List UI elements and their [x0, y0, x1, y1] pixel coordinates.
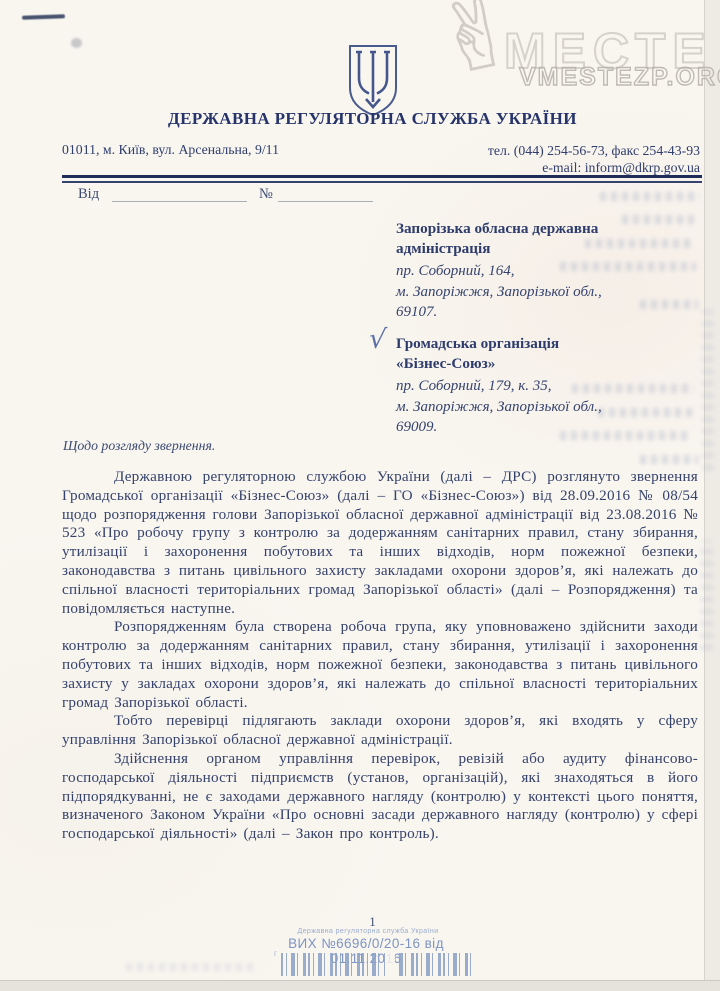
recipient-address: м. Запоріжжя, Запорізької обл.,: [396, 282, 696, 303]
barcode-gap: [385, 953, 395, 976]
body-paragraph: Державною регуляторною службою України (…: [62, 468, 698, 618]
bleedthrough-artifact: [700, 540, 713, 650]
bleedthrough-artifact: [560, 431, 690, 440]
barcode-corner-mark: г: [274, 949, 277, 958]
barcode: г: [281, 953, 471, 976]
agency-email: e-mail: inform@dkrp.gov.ua: [488, 159, 700, 176]
agency-phone-fax: тел. (044) 254-56-73, факс 254-43-93: [488, 142, 700, 159]
ref-number-label: №: [259, 186, 273, 203]
body-paragraph: Розпорядженням була створена робоча груп…: [62, 618, 698, 712]
watermark-site-url: VMESTEZP.ORG: [519, 63, 720, 92]
scan-edge-bottom: [0, 980, 720, 991]
body-paragraph: Тобто перевірці підлягають заклади охоро…: [62, 712, 698, 750]
pen-mark-artifact: [22, 14, 65, 19]
bleedthrough-artifact: [640, 455, 698, 464]
letter-body: Державною регуляторною службою України (…: [62, 468, 698, 844]
recipient-name: Громадська організація: [396, 334, 696, 354]
bleedthrough-artifact: [585, 239, 693, 248]
subject-line: Щодо розгляду звернення.: [63, 438, 215, 454]
bleedthrough-artifact: [126, 963, 258, 971]
body-paragraph: Здійснення органом управління перевірок,…: [62, 750, 698, 844]
bleedthrough-artifact: [622, 215, 694, 224]
ref-from-label: Від: [78, 186, 99, 203]
agency-contacts: тел. (044) 254-56-73, факс 254-43-93 e-m…: [488, 142, 700, 176]
ref-date-blank-line: [112, 201, 247, 202]
bleedthrough-artifact: [640, 300, 698, 309]
checkmark-icon: √: [367, 323, 387, 356]
ref-number-blank-line: [278, 201, 373, 202]
bleedthrough-artifact: [702, 310, 714, 470]
agency-postal-address: 01011, м. Київ, вул. Арсенальна, 9/11: [62, 142, 279, 158]
letterhead-divider: [62, 175, 702, 183]
bleedthrough-artifact: [560, 262, 696, 271]
scan-dot-artifact: [71, 38, 82, 48]
stamp-agency-line: Державна регуляторна служба України: [277, 928, 459, 935]
recipient-name: «Бізнес-Союз»: [396, 354, 696, 374]
bleedthrough-artifact: [598, 408, 694, 417]
agency-title: ДЕРЖАВНА РЕГУЛЯТОРНА СЛУЖБА УКРАЇНИ: [0, 109, 720, 129]
scanned-letter-page: ✌ МЕСТЕ VMESTEZP.ORG ДЕРЖАВНА РЕГУЛЯТОРН…: [0, 0, 720, 991]
scan-edge-right: [704, 0, 720, 991]
bleedthrough-artifact: [600, 192, 700, 201]
bleedthrough-artifact: [572, 384, 694, 393]
